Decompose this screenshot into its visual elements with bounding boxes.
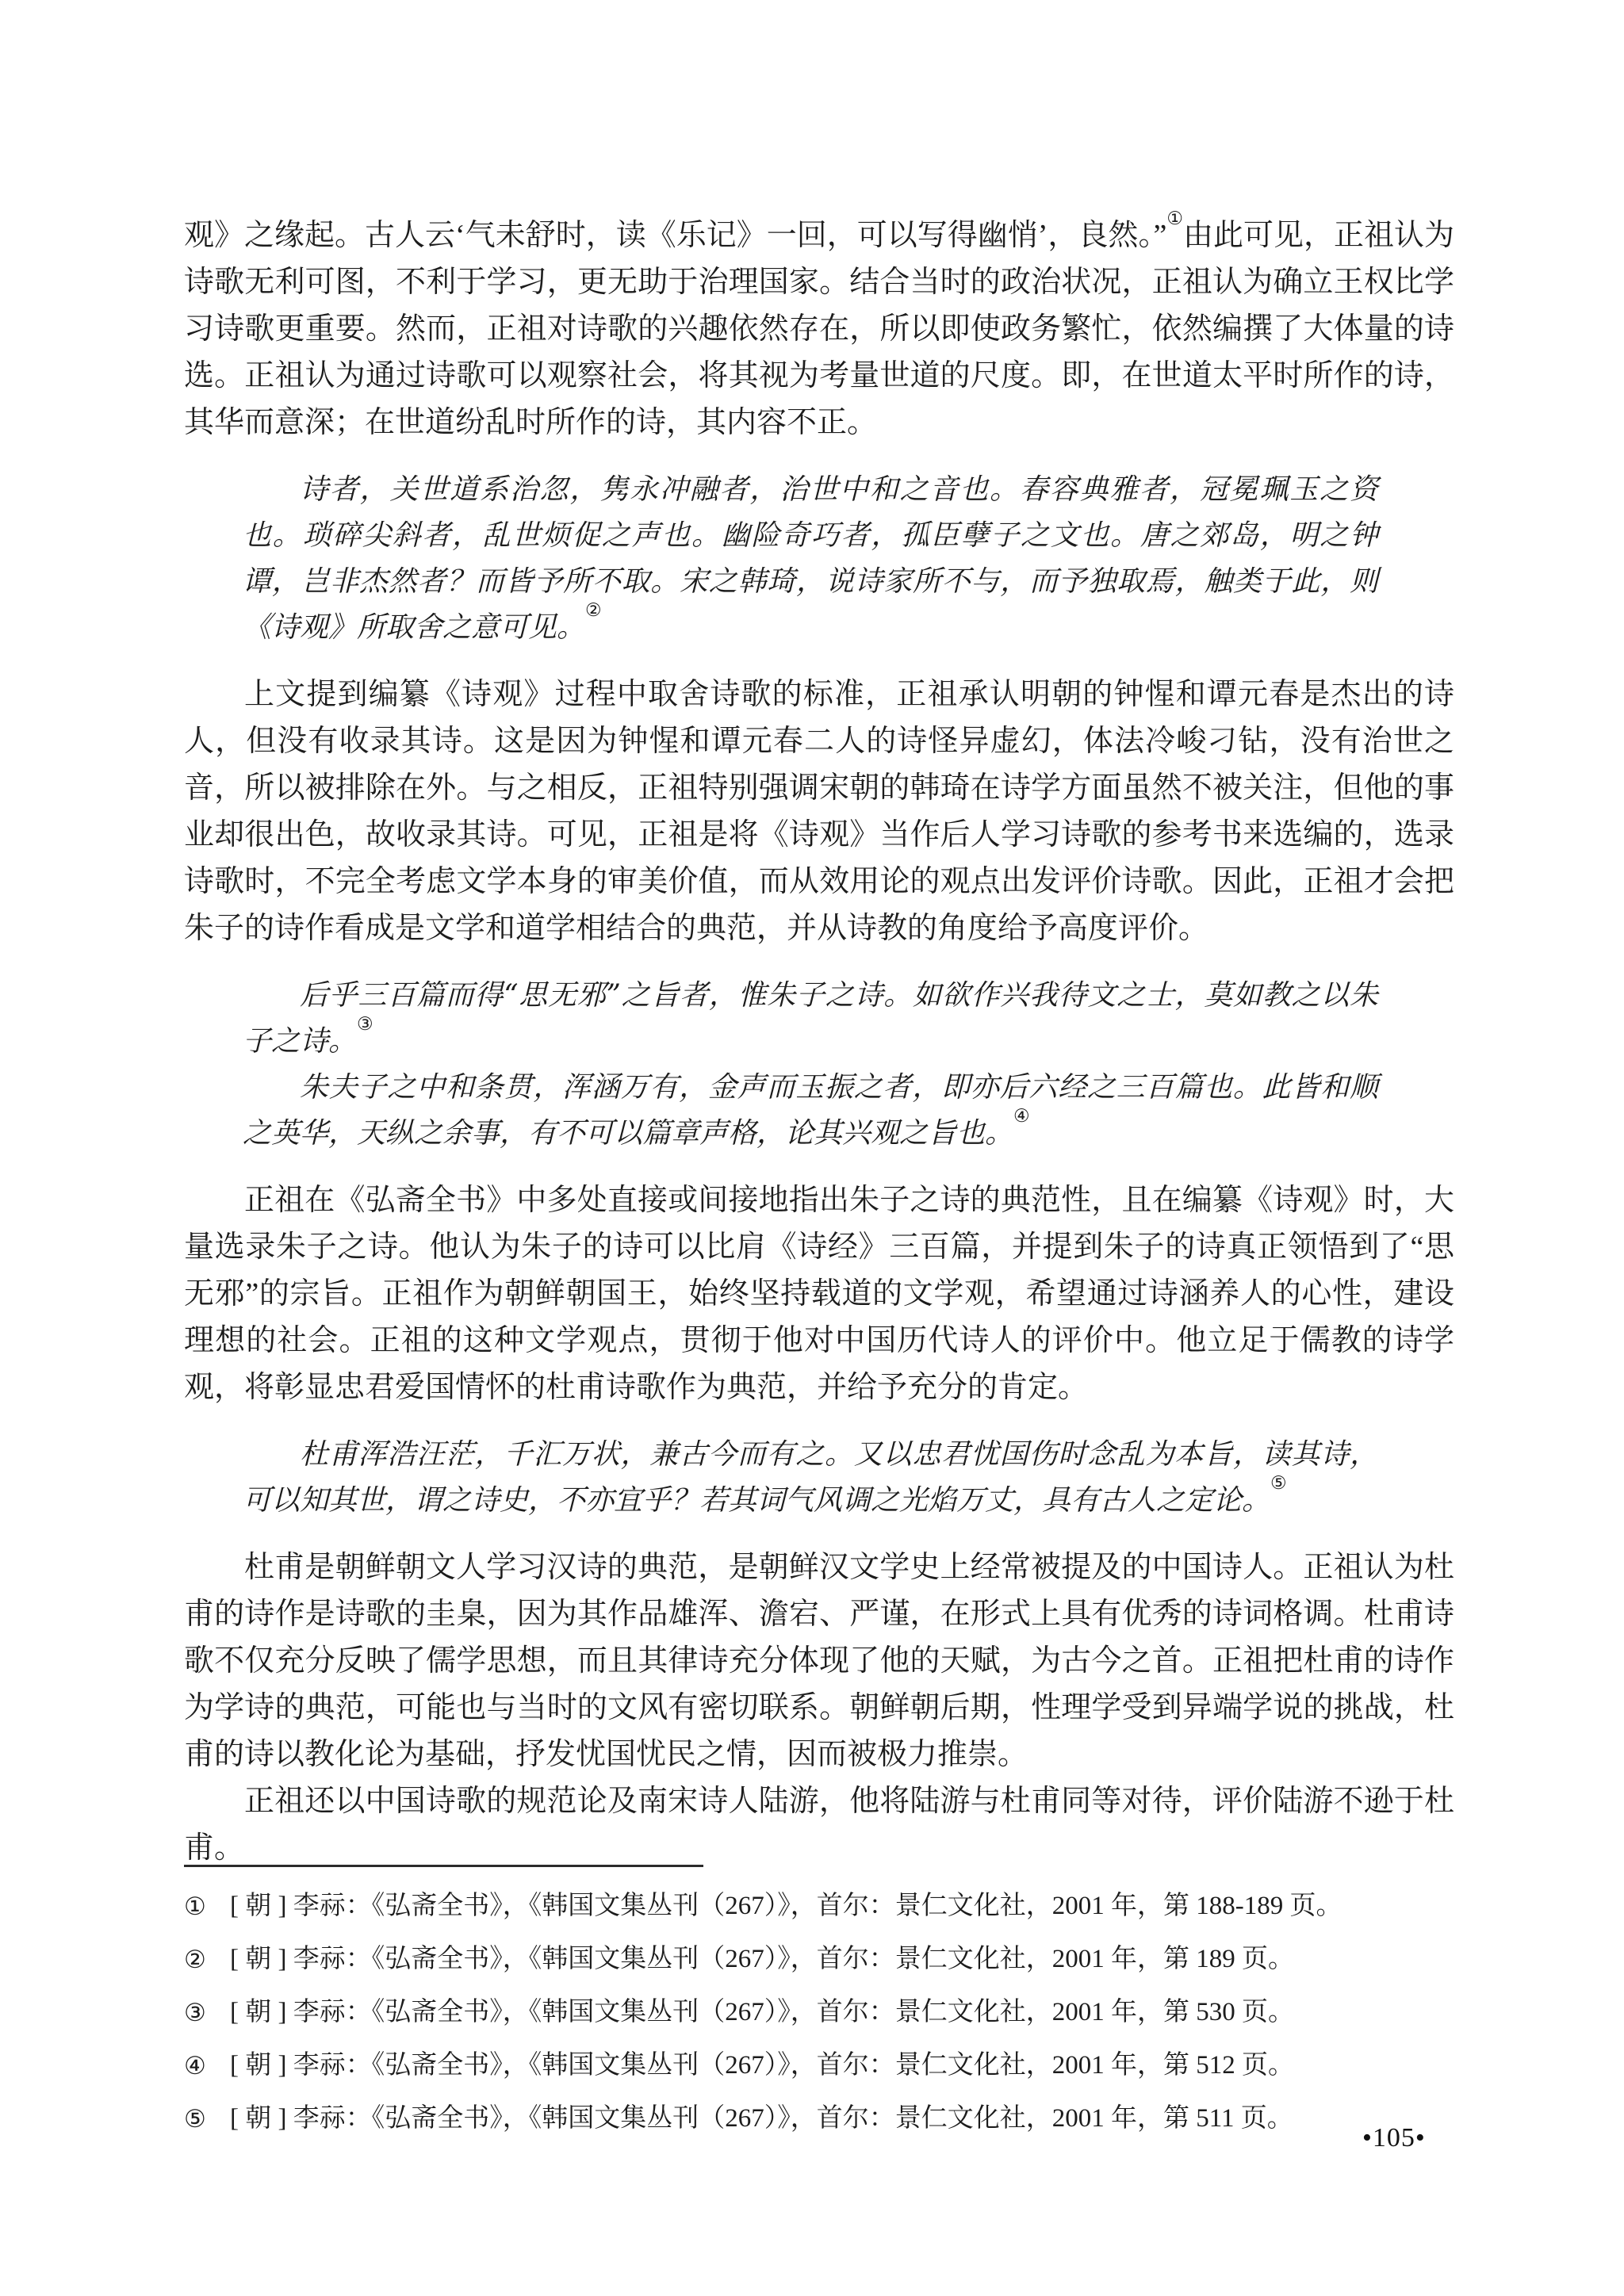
footnote-marker: ② — [184, 1941, 230, 1978]
block-quote-2: 后乎三百篇而得“思无邪”之旨者，惟朱子之诗。如欲作兴我待文之士，莫如教之以朱子之… — [184, 973, 1454, 1157]
footnote-ref-1: ① — [1166, 209, 1183, 228]
paragraph-text: 杜甫是朝鲜朝文人学习汉诗的典范，是朝鲜汉文学史上经常被提及的中国诗人。正祖认为杜… — [184, 1551, 1454, 1771]
block-quote-1: 诗者，关世道系治忽，隽永冲融者，治世中和之音也。春容典雅者，冠冕珮玉之资也。琐碎… — [184, 467, 1454, 651]
footnote-item: ② [ 朝 ] 李祘：《弘斋全书》，《韩国文集丛刊（267）》，首尔：景仁文化社… — [184, 1941, 1454, 1978]
page-number: •105• — [1362, 2123, 1426, 2153]
footnote-marker: ① — [184, 1888, 230, 1925]
quote-paragraph: 朱夫子之中和条贯，浑涵万有，金声而玉振之者，即亦后六经之三百篇也。此皆和顺之英华… — [243, 1065, 1378, 1157]
body-paragraph-5: 正祖还以中国诗歌的规范论及南宋诗人陆游，他将陆游与杜甫同等对待，评价陆游不逊于杜… — [184, 1778, 1454, 1872]
footnote-text: [ 朝 ] 李祘：《弘斋全书》，《韩国文集丛刊（267）》，首尔：景仁文化社，2… — [230, 1941, 1454, 1978]
footnote-ref-2: ② — [585, 600, 602, 621]
quote-text: 朱夫子之中和条贯，浑涵万有，金声而玉振之者，即亦后六经之三百篇也。此皆和顺之英华… — [243, 1071, 1378, 1150]
quote-paragraph: 诗者，关世道系治忽，隽永冲融者，治世中和之音也。春容典雅者，冠冕珮玉之资也。琐碎… — [243, 467, 1378, 651]
paragraph-text: 正祖在《弘斋全书》中多处直接或间接地指出朱子之诗的典范性，且在编纂《诗观》时，大… — [184, 1184, 1454, 1404]
quote-text: 后乎三百篇而得“思无邪”之旨者，惟朱子之诗。如欲作兴我待文之士，莫如教之以朱子之… — [243, 979, 1378, 1058]
paragraph-text: 上文提到编纂《诗观》过程中取舍诗歌的标准，正祖承认明朝的钟惺和谭元春是杰出的诗人… — [184, 678, 1454, 945]
paragraph-text: 观》之缘起。古人云‘气未舒时，读《乐记》一回，可以写得幽悄’，良然。” — [184, 219, 1166, 252]
footnote-text: [ 朝 ] 李祘：《弘斋全书》，《韩国文集丛刊（267）》，首尔：景仁文化社，2… — [230, 1888, 1454, 1925]
paragraph-text: 正祖还以中国诗歌的规范论及南宋诗人陆游，他将陆游与杜甫同等对待，评价陆游不逊于杜… — [184, 1785, 1454, 1865]
quote-text: 诗者，关世道系治忽，隽永冲融者，治世中和之音也。春容典雅者，冠冕珮玉之资也。琐碎… — [243, 473, 1378, 644]
body-paragraph-1: 观》之缘起。古人云‘气未舒时，读《乐记》一回，可以写得幽悄’，良然。”①由此可见… — [184, 212, 1454, 446]
text-body: 观》之缘起。古人云‘气未舒时，读《乐记》一回，可以写得幽悄’，良然。”①由此可见… — [184, 212, 1454, 1872]
footnote-marker: ④ — [184, 2047, 230, 2084]
footnote-ref-5: ⑤ — [1270, 1473, 1287, 1494]
footnote-ref-3: ③ — [357, 1014, 373, 1035]
footnote-text: [ 朝 ] 李祘：《弘斋全书》，《韩国文集丛刊（267）》，首尔：景仁文化社，2… — [230, 1994, 1454, 2031]
footnote-item: ① [ 朝 ] 李祘：《弘斋全书》，《韩国文集丛刊（267）》，首尔：景仁文化社… — [184, 1888, 1454, 1925]
body-paragraph-4: 杜甫是朝鲜朝文人学习汉诗的典范，是朝鲜汉文学史上经常被提及的中国诗人。正祖认为杜… — [184, 1544, 1454, 1778]
quote-paragraph: 杜甫浑浩汪茫，千汇万状，兼古今而有之。又以忠君忧国伤时念乱为本旨，读其诗，可以知… — [243, 1432, 1378, 1524]
footnote-text: [ 朝 ] 李祘：《弘斋全书》，《韩国文集丛刊（267）》，首尔：景仁文化社，2… — [230, 2100, 1454, 2137]
footnote-section: ① [ 朝 ] 李祘：《弘斋全书》，《韩国文集丛刊（267）》，首尔：景仁文化社… — [184, 1865, 1454, 2153]
footnote-item: ⑤ [ 朝 ] 李祘：《弘斋全书》，《韩国文集丛刊（267）》，首尔：景仁文化社… — [184, 2100, 1454, 2137]
footnote-item: ④ [ 朝 ] 李祘：《弘斋全书》，《韩国文集丛刊（267）》，首尔：景仁文化社… — [184, 2047, 1454, 2084]
footnote-separator — [184, 1865, 703, 1867]
body-paragraph-3: 正祖在《弘斋全书》中多处直接或间接地指出朱子之诗的典范性，且在编纂《诗观》时，大… — [184, 1177, 1454, 1411]
footnote-marker: ⑤ — [184, 2100, 230, 2137]
footnote-marker: ③ — [184, 1994, 230, 2031]
footnote-text: [ 朝 ] 李祘：《弘斋全书》，《韩国文集丛刊（267）》，首尔：景仁文化社，2… — [230, 2047, 1454, 2084]
quote-text: 杜甫浑浩汪茫，千汇万状，兼古今而有之。又以忠君忧国伤时念乱为本旨，读其诗，可以知… — [243, 1438, 1378, 1517]
block-quote-3: 杜甫浑浩汪茫，千汇万状，兼古今而有之。又以忠君忧国伤时念乱为本旨，读其诗，可以知… — [184, 1432, 1454, 1524]
footnote-ref-4: ④ — [1013, 1106, 1030, 1127]
quote-paragraph: 后乎三百篇而得“思无邪”之旨者，惟朱子之诗。如欲作兴我待文之士，莫如教之以朱子之… — [243, 973, 1378, 1065]
document-page: 观》之缘起。古人云‘气未舒时，读《乐记》一回，可以写得幽悄’，良然。”①由此可见… — [0, 0, 1624, 2296]
body-paragraph-2: 上文提到编纂《诗观》过程中取舍诗歌的标准，正祖承认明朝的钟惺和谭元春是杰出的诗人… — [184, 672, 1454, 952]
footnote-item: ③ [ 朝 ] 李祘：《弘斋全书》，《韩国文集丛刊（267）》，首尔：景仁文化社… — [184, 1994, 1454, 2031]
